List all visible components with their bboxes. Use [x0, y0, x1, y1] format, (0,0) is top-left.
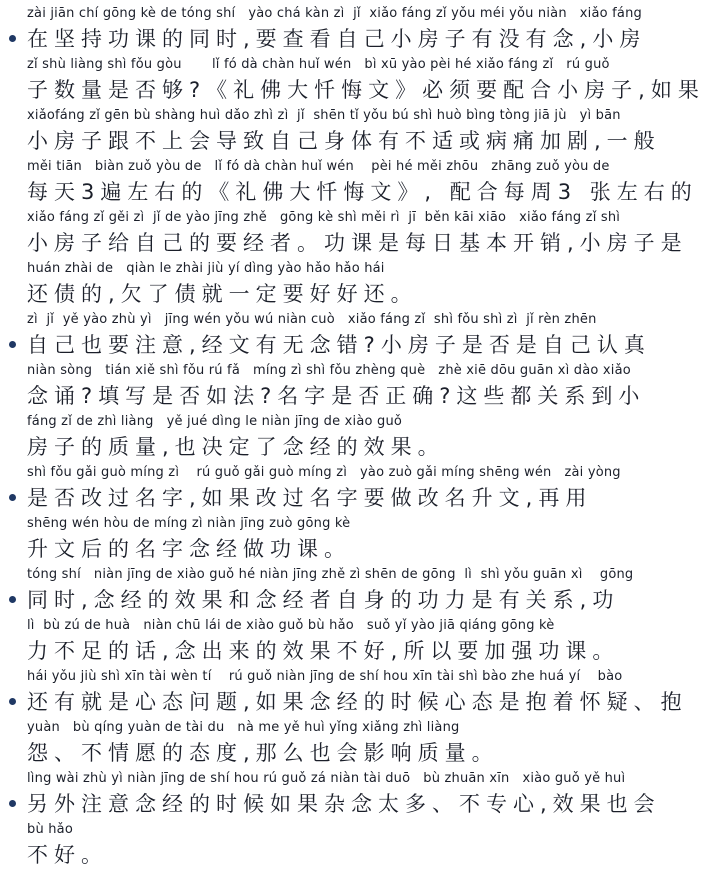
pinyin-line: yuàn bù qíng yuàn de tài du nà me yě huì…	[27, 717, 703, 738]
pinyin-line: huán zhài de qiàn le zhài jiù yí dìng yà…	[27, 258, 703, 279]
hanzi-line: 还债的,欠了债就一定要好好还。	[27, 279, 703, 309]
text-line-pair: xiǎo fáng zǐ gěi zì jǐ de yào jīng zhě g…	[0, 207, 703, 258]
bullet-icon	[9, 494, 16, 501]
text-line-pair: fáng zǐ de zhì liàng yě jué dìng le niàn…	[0, 411, 703, 462]
hanzi-line: 是否改过名字,如果改过名字要做改名升文,再用	[27, 483, 703, 513]
text-line-pair: niàn sòng tián xiě shì fǒu rú fǎ míng zì…	[0, 360, 703, 411]
bullet-icon	[9, 596, 16, 603]
text-line-pair: měi tiān biàn zuǒ yòu de lǐ fó dà chàn h…	[0, 156, 703, 207]
text-line-pair: lì bù zú de huà niàn chū lái de xiào guǒ…	[0, 615, 703, 666]
document-body: zài jiān chí gōng kè de tóng shí yào chá…	[0, 0, 703, 875]
hanzi-line: 房子的质量,也决定了念经的效果。	[27, 432, 703, 462]
pinyin-line: xiǎofáng zǐ gēn bù shàng huì dǎo zhì zì …	[27, 105, 703, 126]
hanzi-line: 不好。	[27, 840, 703, 870]
text-line-pair: huán zhài de qiàn le zhài jiù yí dìng yà…	[0, 258, 703, 309]
pinyin-line: zǐ shù liàng shì fǒu gòu lǐ fó dà chàn h…	[27, 54, 703, 75]
pinyin-line: hái yǒu jiù shì xīn tài wèn tí rú guǒ ni…	[27, 666, 703, 687]
bullet-icon	[9, 800, 16, 807]
pinyin-line: bù hǎo	[27, 819, 703, 840]
text-line-pair: yuàn bù qíng yuàn de tài du nà me yě huì…	[0, 717, 703, 768]
hanzi-line: 升文后的名字念经做功课。	[27, 534, 703, 564]
hanzi-line: 念诵?填写是否如法?名字是否正确?这些都关系到小	[27, 381, 703, 411]
text-line-pair: shēng wén hòu de míng zì niàn jīng zuò g…	[0, 513, 703, 564]
bullet-icon	[9, 341, 16, 348]
hanzi-line: 在坚持功课的同时,要查看自己小房子有没有念,小房	[27, 24, 703, 54]
text-line-pair: hái yǒu jiù shì xīn tài wèn tí rú guǒ ni…	[0, 666, 703, 717]
bullet-icon	[9, 698, 16, 705]
text-line-pair: bù hǎo不好。	[0, 819, 703, 870]
hanzi-line: 力不足的话,念出来的效果不好,所以要加强功课。	[27, 636, 703, 666]
pinyin-line: měi tiān biàn zuǒ yòu de lǐ fó dà chàn h…	[27, 156, 703, 177]
hanzi-line: 小房子跟不上会导致自己身体有不适或病痛加剧,一般	[27, 126, 703, 156]
pinyin-line: shì fǒu gǎi guò míng zì rú guǒ gǎi guò m…	[27, 462, 703, 483]
text-line-pair: zǐ shù liàng shì fǒu gòu lǐ fó dà chàn h…	[0, 54, 703, 105]
text-line-pair: zì jǐ yě yào zhù yì jīng wén yǒu wú niàn…	[0, 309, 703, 360]
text-line-pair: zài jiān chí gōng kè de tóng shí yào chá…	[0, 3, 703, 54]
hanzi-line: 自己也要注意,经文有无念错?小房子是否是自己认真	[27, 330, 703, 360]
text-line-pair: tóng shí niàn jīng de xiào guǒ hé niàn j…	[0, 564, 703, 615]
hanzi-line: 还有就是心态问题,如果念经的时候心态是抱着怀疑、抱	[27, 687, 703, 717]
text-line-pair: lìng wài zhù yì niàn jīng de shí hou rú …	[0, 768, 703, 819]
hanzi-line: 另外注意念经的时候如果杂念太多、不专心,效果也会	[27, 789, 703, 819]
text-line-pair: shì fǒu gǎi guò míng zì rú guǒ gǎi guò m…	[0, 462, 703, 513]
hanzi-line: 子数量是否够?《礼佛大忏悔文》必须要配合小房子,如果	[27, 75, 703, 105]
pinyin-line: fáng zǐ de zhì liàng yě jué dìng le niàn…	[27, 411, 703, 432]
hanzi-line: 小房子给自己的要经者。功课是每日基本开销,小房子是	[27, 228, 703, 258]
pinyin-line: zì jǐ yě yào zhù yì jīng wén yǒu wú niàn…	[27, 309, 703, 330]
pinyin-line: lìng wài zhù yì niàn jīng de shí hou rú …	[27, 768, 703, 789]
pinyin-line: niàn sòng tián xiě shì fǒu rú fǎ míng zì…	[27, 360, 703, 381]
pinyin-line: lì bù zú de huà niàn chū lái de xiào guǒ…	[27, 615, 703, 636]
hanzi-line: 每天3遍左右的《礼佛大忏悔文》, 配合每周3 张左右的	[27, 177, 703, 207]
text-line-pair: xiǎofáng zǐ gēn bù shàng huì dǎo zhì zì …	[0, 105, 703, 156]
pinyin-line: tóng shí niàn jīng de xiào guǒ hé niàn j…	[27, 564, 703, 585]
pinyin-line: shēng wén hòu de míng zì niàn jīng zuò g…	[27, 513, 703, 534]
pinyin-line: zài jiān chí gōng kè de tóng shí yào chá…	[27, 3, 703, 24]
bullet-icon	[9, 35, 16, 42]
hanzi-line: 同时,念经的效果和念经者自身的功力是有关系,功	[27, 585, 703, 615]
hanzi-line: 怨、不情愿的态度,那么也会影响质量。	[27, 738, 703, 768]
pinyin-line: xiǎo fáng zǐ gěi zì jǐ de yào jīng zhě g…	[27, 207, 703, 228]
